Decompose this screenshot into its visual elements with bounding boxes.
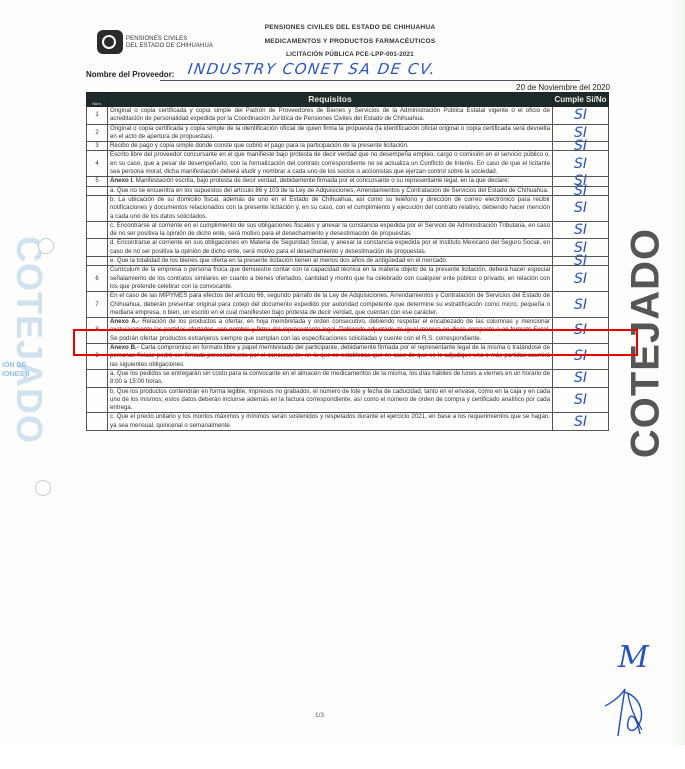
table-row: a. Que los pedidos se entregarán sin cos… [87, 369, 609, 387]
table-row: 9Anexo B.- Carta compromiso en formato l… [87, 344, 609, 370]
logo-text: PENSIONES CIVILES DEL ESTADO DE CHIHUAHU… [126, 36, 213, 50]
logo-line-1: PENSIONES CIVILES [126, 36, 213, 43]
row-number: 1 [87, 107, 108, 125]
row-number [87, 369, 108, 387]
row-number: 2 [87, 124, 108, 142]
pensiones-logo-icon [97, 30, 123, 54]
complies-handwritten: SI [553, 413, 609, 431]
table-row: 3Recibo de pago y copia simple donde con… [87, 142, 609, 151]
table-row: 1Original o copia certificada y copia si… [87, 107, 609, 125]
punch-hole [38, 238, 54, 254]
table-row: b. Que los productos contendrán en forma… [87, 387, 609, 413]
requirement-text: Recibo de pago y copia simple donde cons… [108, 142, 553, 151]
requirement-text: En el caso de las MIPYMES para efectos d… [108, 292, 553, 318]
table-row: a. Que no se encuentra en los supuestos … [87, 186, 609, 195]
document-date: 20 de Noviembre del 2020 [475, 83, 610, 92]
requirement-text: Curriculum de la empresa o persona físic… [108, 266, 553, 292]
row-number: 3 [87, 142, 108, 151]
table-row: b. La ubicación de su domicilio fiscal, … [87, 195, 609, 221]
table-row: 8Anexo A.- Relación de los productos a o… [87, 318, 609, 344]
table-row: c. Encontrarse al corriente en el cumpli… [87, 221, 609, 239]
complies-handwritten: SI [553, 186, 609, 195]
requirement-body: a. Que los pedidos se entregarán sin cos… [110, 370, 550, 385]
requirement-text: Anexo A.- Relación de los productos a of… [108, 318, 553, 344]
complies-handwritten: SI [553, 344, 609, 370]
complies-handwritten: SI [553, 257, 609, 266]
requirement-body: c. Que el precio unitario y los montos m… [110, 413, 550, 428]
row-number: 5 [87, 177, 108, 186]
header-num: Núm. [87, 93, 108, 107]
document-page: PENSIONES CIVILES DEL ESTADO DE CHIHUAHU… [0, 0, 685, 745]
header-title-1: PENSIONES CIVILES DEL ESTADO DE CHIHUAHU… [240, 24, 460, 31]
row-number [87, 195, 108, 221]
requirement-text: Anexo B.- Carta compromiso en formato li… [108, 344, 553, 370]
requirement-body: a. Que no se encuentra en los supuestos … [110, 187, 549, 194]
requirement-text: b. La ubicación de su domicilio fiscal, … [108, 195, 553, 221]
bottom-margin [0, 745, 685, 769]
requirement-body: Relación de los productos a ofertar, en … [110, 318, 550, 342]
signature-scribble-icon [600, 686, 650, 741]
requirements-body: 1Original o copia certificada y copia si… [87, 107, 609, 431]
requirement-text: Original o copia certificada y copia sim… [108, 124, 553, 142]
row-number [87, 239, 108, 257]
header-complies: Cumple Si/No [553, 93, 609, 107]
page-number: 1/3 [315, 712, 324, 719]
header-requirements: Requisitos [108, 93, 553, 107]
requirement-body: Escrito libre del proveedor concursante … [110, 151, 550, 175]
logo-line-2: DEL ESTADO DE CHIHUAHUA [126, 43, 213, 50]
requirement-text: Anexo I. Manifestación escrita, bajo pro… [108, 177, 553, 186]
requirement-text: e. Que la totalidad de los bienes que of… [108, 257, 553, 266]
row-number: 4 [87, 151, 108, 177]
table-header-row: Núm. Requisitos Cumple Si/No [87, 93, 609, 107]
requirement-body: Manifestación escrita, bajo protesta de … [134, 177, 510, 184]
row-number [87, 257, 108, 266]
row-number: 7 [87, 292, 108, 318]
table-row: 5Anexo I. Manifestación escrita, bajo pr… [87, 177, 609, 186]
punch-hole [35, 480, 51, 496]
provider-label: Nombre del Proveedor: [86, 70, 174, 79]
complies-handwritten: SI [553, 292, 609, 318]
complies-handwritten: SI [553, 142, 609, 151]
provider-name-handwritten: INDUSTRY CONET SA DE CV. [187, 60, 438, 78]
table-row: 7En el caso de las MIPYMES para efectos … [87, 292, 609, 318]
stamp-partial-text: IÓN DEIONES II [2, 361, 30, 379]
complies-handwritten: SI [553, 107, 609, 125]
requirements-table: Núm. Requisitos Cumple Si/No 1Original o… [86, 92, 609, 431]
requirement-body: d. Encontrarse al corriente en sus oblig… [110, 239, 550, 254]
row-number [87, 221, 108, 239]
table-row: c. Que el precio unitario y los montos m… [87, 413, 609, 431]
row-number: 6 [87, 266, 108, 292]
annex-label: Anexo I. [110, 177, 134, 184]
requirement-text: c. Que el precio unitario y los montos m… [108, 413, 553, 431]
row-number: 8 [87, 318, 108, 344]
requirement-text: Original o copia certificada y copia sim… [108, 107, 553, 125]
requirement-text: a. Que los pedidos se entregarán sin cos… [108, 369, 553, 387]
row-number [87, 186, 108, 195]
requirement-body: Recibo de pago y copia simple donde cons… [110, 142, 409, 149]
complies-handwritten: SI [553, 221, 609, 239]
requirement-body: Curriculum de la empresa o persona físic… [110, 266, 550, 290]
complies-handwritten: SI [553, 266, 609, 292]
header-title-2: MEDICAMENTOS Y PRODUCTOS FARMACÉUTICOS [240, 38, 460, 45]
row-number: 9 [87, 344, 108, 370]
table-row: 2Original o copia certificada y copia si… [87, 124, 609, 142]
requirement-text: d. Encontrarse al corriente en sus oblig… [108, 239, 553, 257]
table-row: d. Encontrarse al corriente en sus oblig… [87, 239, 609, 257]
row-number [87, 413, 108, 431]
annex-label: Anexo B.- [110, 344, 139, 351]
complies-handwritten: SI [553, 369, 609, 387]
requirement-body: c. Encontrarse al corriente en el cumpli… [110, 222, 550, 237]
requirement-body: b. Que los productos contendrán en forma… [110, 388, 550, 412]
complies-handwritten: SI [553, 195, 609, 221]
complies-handwritten: SI [553, 387, 609, 413]
requirement-body: En el caso de las MIPYMES para efectos d… [110, 292, 550, 316]
provider-underline [160, 80, 580, 81]
requirement-body: b. La ubicación de su domicilio fiscal, … [110, 196, 550, 220]
requirement-text: Escrito libre del proveedor concursante … [108, 151, 553, 177]
initial-signature: M [618, 640, 649, 675]
cotejado-stamp-right: COTEJADO [616, 218, 676, 468]
requirement-body: Original o copia certificada y copia sim… [110, 107, 550, 122]
complies-handwritten: SI [553, 318, 609, 344]
table-row: e. Que la totalidad de los bienes que of… [87, 257, 609, 266]
annex-label: Anexo A.- [110, 318, 139, 325]
requirement-body: Carta compromiso en formato libre y pape… [110, 344, 550, 368]
cotejado-stamp-left: COTEJADO [4, 225, 54, 455]
requirement-text: c. Encontrarse al corriente en el cumpli… [108, 221, 553, 239]
requirement-body: Original o copia certificada y copia sim… [110, 125, 550, 140]
header-title-3: LICITACIÓN PÚBLICA PCE-LPP-001-2021 [240, 51, 460, 58]
requirement-text: b. Que los productos contendrán en forma… [108, 387, 553, 413]
requirement-body: e. Que la totalidad de los bienes que of… [110, 257, 448, 264]
requirement-text: a. Que no se encuentra en los supuestos … [108, 186, 553, 195]
table-row: 4Escrito libre del proveedor concursante… [87, 151, 609, 177]
row-number [87, 387, 108, 413]
table-row: 6Curriculum de la empresa o persona físi… [87, 266, 609, 292]
